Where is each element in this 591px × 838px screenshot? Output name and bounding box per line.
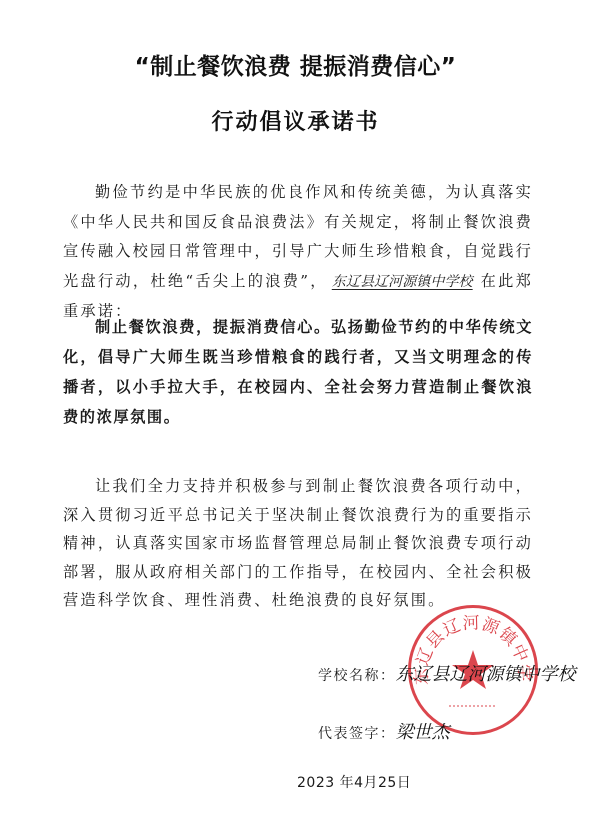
paragraph-1: 勤俭节约是中华民族的优良作风和传统美德，为认真落实《中华人民共和国反食品浪费法》… <box>63 178 533 327</box>
signature-row: 代表签字：梁世杰 <box>318 718 450 744</box>
document-date: 2023 年4月25日 <box>297 772 411 792</box>
school-name-handwritten: 东辽县辽河源镇中学校 <box>396 664 576 685</box>
signature-label: 代表签字： <box>318 726 396 742</box>
handwritten-school-name: 东辽县辽河源镇中学校 <box>328 274 481 290</box>
paragraph-3: 让我们全力支持并积极参与到制止餐饮浪费各项行动中，深入贯彻习近平总书记关于坚决制… <box>63 472 533 615</box>
paragraph-2: 制止餐饮浪费，提振消费信心。弘扬勤俭节约的中华传统文化，倡导广大师生既当珍惜粮食… <box>63 312 533 432</box>
school-name-label: 学校名称： <box>318 668 396 684</box>
signature-handwritten: 梁世杰 <box>396 722 450 743</box>
school-name-row: 学校名称：东辽县辽河源镇中学校 <box>318 660 576 686</box>
title-line-2: 行动倡议承诺书 <box>0 105 591 136</box>
title-line-1: “制止餐饮浪费 提振消费信心” <box>0 48 591 81</box>
